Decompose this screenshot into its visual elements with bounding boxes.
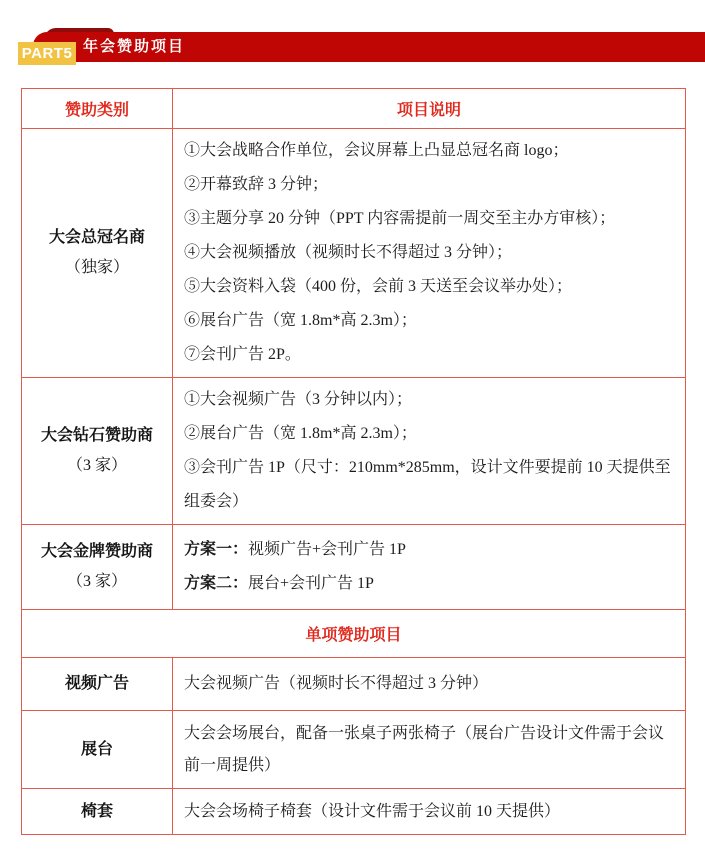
desc-line: ①大会视频广告（3 分钟以内）； (184, 383, 674, 417)
desc-line: ②开幕致辞 3 分钟； (184, 168, 674, 202)
table-row-gold-sponsor: 大会金牌赞助商 （3 家） 方案一：视频广告+会刊广告 1P 方案二：展台+会刊… (22, 525, 686, 610)
description-cell: 大会会场椅子椅套（设计文件需于会议前 10 天提供） (173, 789, 686, 835)
category-subnote: （3 家） (22, 451, 172, 481)
table-row-booth: 展台 大会会场展台，配备一张桌子两张椅子（展台广告设计文件需于会议前一周提供） (22, 711, 686, 789)
desc-line: ⑦会刊广告 2P。 (184, 338, 674, 372)
desc-line: ①大会战略合作单位，会议屏幕上凸显总冠名商 logo； (184, 134, 674, 168)
table-row-title-sponsor: 大会总冠名商 （独家） ①大会战略合作单位，会议屏幕上凸显总冠名商 logo； … (22, 129, 686, 378)
plan-line: 方案二：展台+会刊广告 1P (184, 567, 674, 601)
description-cell: 方案一：视频广告+会刊广告 1P 方案二：展台+会刊广告 1P (173, 525, 686, 610)
table-row-video-ad: 视频广告 大会视频广告（视频时长不得超过 3 分钟） (22, 658, 686, 711)
column-header-category: 赞助类别 (22, 89, 173, 129)
category-cell: 展台 (22, 711, 173, 789)
table-row-diamond-sponsor: 大会钻石赞助商 （3 家） ①大会视频广告（3 分钟以内）； ②展台广告（宽 1… (22, 378, 686, 525)
table-section-row: 单项赞助项目 (22, 610, 686, 658)
category-name: 大会总冠名商 (49, 229, 145, 246)
category-cell: 大会总冠名商 （独家） (22, 129, 173, 378)
plan-text: 视频广告+会刊广告 1P (248, 541, 406, 558)
desc-line: ⑤大会资料入袋（400 份，会前 3 天送至会议举办处）； (184, 270, 674, 304)
section-header: 单项赞助项目 (22, 610, 686, 658)
sponsorship-table: 赞助类别 项目说明 大会总冠名商 （独家） ①大会战略合作单位，会议屏幕上凸显总… (21, 88, 686, 835)
description-cell: ①大会战略合作单位，会议屏幕上凸显总冠名商 logo； ②开幕致辞 3 分钟； … (173, 129, 686, 378)
desc-line: ③会刊广告 1P（尺寸：210mm*285mm，设计文件要提前 10 天提供至组… (184, 451, 674, 519)
table-header-row: 赞助类别 项目说明 (22, 89, 686, 129)
plan-label: 方案一： (184, 541, 248, 558)
desc-line: ②展台广告（宽 1.8m*高 2.3m）； (184, 417, 674, 451)
category-cell: 视频广告 (22, 658, 173, 711)
category-cell: 大会钻石赞助商 （3 家） (22, 378, 173, 525)
table-row-chair-cover: 椅套 大会会场椅子椅套（设计文件需于会议前 10 天提供） (22, 789, 686, 835)
category-cell: 椅套 (22, 789, 173, 835)
category-subnote: （独家） (22, 253, 172, 283)
category-subnote: （3 家） (22, 567, 172, 597)
category-name: 大会金牌赞助商 (41, 543, 153, 560)
desc-line: ③主题分享 20 分钟（PPT 内容需提前一周交至主办方审核）； (184, 202, 674, 236)
section-title: 年会赞助项目 (83, 32, 185, 62)
description-cell: ①大会视频广告（3 分钟以内）； ②展台广告（宽 1.8m*高 2.3m）； ③… (173, 378, 686, 525)
column-header-description: 项目说明 (173, 89, 686, 129)
plan-label: 方案二： (184, 575, 248, 592)
part-badge: PART5 (18, 42, 76, 65)
plan-line: 方案一：视频广告+会刊广告 1P (184, 533, 674, 567)
category-name: 大会钻石赞助商 (41, 427, 153, 444)
description-cell: 大会会场展台，配备一张桌子两张椅子（展台广告设计文件需于会议前一周提供） (173, 711, 686, 789)
desc-line: ④大会视频播放（视频时长不得超过 3 分钟）； (184, 236, 674, 270)
category-cell: 大会金牌赞助商 （3 家） (22, 525, 173, 610)
desc-line: ⑥展台广告（宽 1.8m*高 2.3m）； (184, 304, 674, 338)
plan-text: 展台+会刊广告 1P (248, 575, 374, 592)
description-cell: 大会视频广告（视频时长不得超过 3 分钟） (173, 658, 686, 711)
